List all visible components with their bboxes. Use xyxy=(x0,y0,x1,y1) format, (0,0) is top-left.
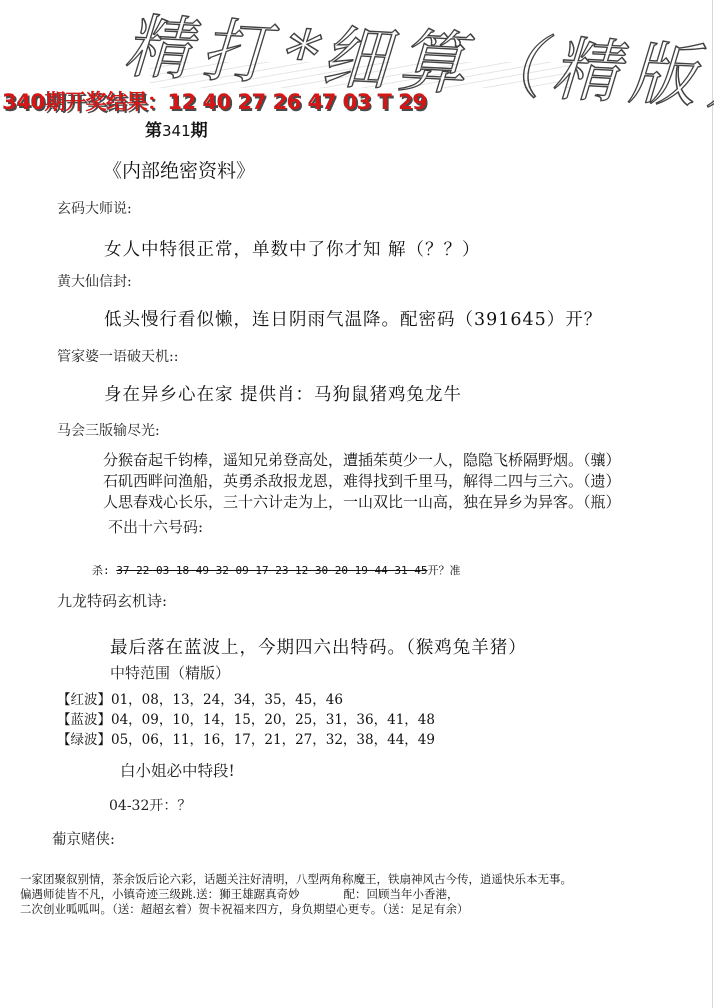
no16-label: 不出十六号码: xyxy=(108,516,203,537)
issue-number: 第341期 xyxy=(145,116,208,141)
section-text-butler: 身在异乡心在家 提供肖：马狗鼠猪鸡兔龙牛 xyxy=(104,381,462,406)
range-label: 中特范围（精版） xyxy=(110,662,230,683)
poem-line: 分猴奋起千钧棒，遥知兄弟登高处，遭插茱萸少一人，隐隐飞桥隔野烟。（骧） xyxy=(103,450,621,471)
wave-numbers: 01，08，13，24，34，35，45，46 xyxy=(111,692,343,708)
section-label-horse: 马会三版输尽光: xyxy=(57,420,160,440)
page-edge xyxy=(712,0,713,1008)
footer-line: 二次创业呱呱叫。（送：超超玄着）贺卡祝福来四方，身负期望心更专。（送：足足有余） xyxy=(20,902,572,917)
issue-value: 341 xyxy=(162,122,191,140)
section-label-master: 玄码大师说: xyxy=(57,198,132,218)
kill-suffix: 开？准 xyxy=(428,564,461,577)
kill-numbers-line: 杀: 37 22 03 18 49 32 09 17 23 12 30 20 1… xyxy=(92,562,461,578)
section-label-nine-dragon: 九龙特码玄机诗: xyxy=(57,590,167,611)
wave-numbers: 05，06，11，16，17，21，27，32，38，44，49 xyxy=(111,732,435,748)
section-text-huang: 低头慢行看似懒，连日阴雨气温降。配密码（391645）开？ xyxy=(104,306,602,331)
wave-list: 【红波】01，08，13，24，34，35，45，46 【蓝波】04，09，10… xyxy=(57,690,435,750)
issue-prefix: 第 xyxy=(145,121,162,141)
poem-line: 石矶西畔问渔船，英勇杀敌报龙恩，难得找到千里马，解得二四与三六。（遗） xyxy=(103,471,621,492)
section-text-master: 女人中特很正常，单数中了你才知 解（？？） xyxy=(104,236,481,261)
poem-block: 分猴奋起千钧棒，遥知兄弟登高处，遭插茱萸少一人，隐隐飞桥隔野烟。（骧） 石矶西畔… xyxy=(103,450,621,513)
footer-text: 一家团聚叙别情，茶余饭后论六彩，话题关注好清明，八型两角称魔王，铁扇神风古今传，… xyxy=(20,872,572,917)
section-text-nine-dragon: 最后落在蓝波上，今期四六出特码。（猴鸡兔羊猪） xyxy=(110,634,527,659)
kill-label: 杀: xyxy=(92,564,110,577)
range-open-text: 04-32开：？ xyxy=(109,795,191,815)
wave-numbers: 04，09，10，14，15，20，25，31，36，41，48 xyxy=(111,712,435,728)
footer-line: 一家团聚叙别情，茶余饭后论六彩，话题关注好清明，八型两角称魔王，铁扇神风古今传，… xyxy=(20,872,572,887)
document-title: 《内部绝密资料》 xyxy=(103,156,255,183)
wave-row-blue: 【蓝波】04，09，10，14，15，20，25，31，36，41，48 xyxy=(57,710,435,730)
bai-special-text: 白小姐必中特段! xyxy=(120,759,235,781)
kill-numbers: 37 22 03 18 49 32 09 17 23 12 30 20 19 4… xyxy=(116,564,427,577)
wave-row-red: 【红波】01，08，13，24，34，35，45，46 xyxy=(57,690,435,710)
section-label-gambler: 葡京赌侠: xyxy=(52,828,115,849)
section-label-butler: 管家婆一语破天机:: xyxy=(57,346,178,366)
issue-suffix: 期 xyxy=(191,121,208,141)
section-label-huang: 黄大仙信封: xyxy=(57,271,132,291)
wave-tag: 【蓝波】 xyxy=(57,712,111,728)
footer-line: 偏遇师徒皆不凡，小镇奇迹三级跳.送：狮王雄踞真奇妙 配：回顾当年小香港， xyxy=(20,887,572,902)
wave-tag: 【绿波】 xyxy=(57,732,111,748)
poem-line: 人思春戏心长乐，三十六计走为上，一山双比一山高，独在异乡为异客。（瓶） xyxy=(103,492,621,513)
previous-result: 340期开奖结果：12 40 27 26 47 03 T 29 xyxy=(2,86,426,116)
wave-row-green: 【绿波】05，06，11，16，17，21，27，32，38，44，49 xyxy=(57,730,435,750)
wave-tag: 【红波】 xyxy=(57,692,111,708)
